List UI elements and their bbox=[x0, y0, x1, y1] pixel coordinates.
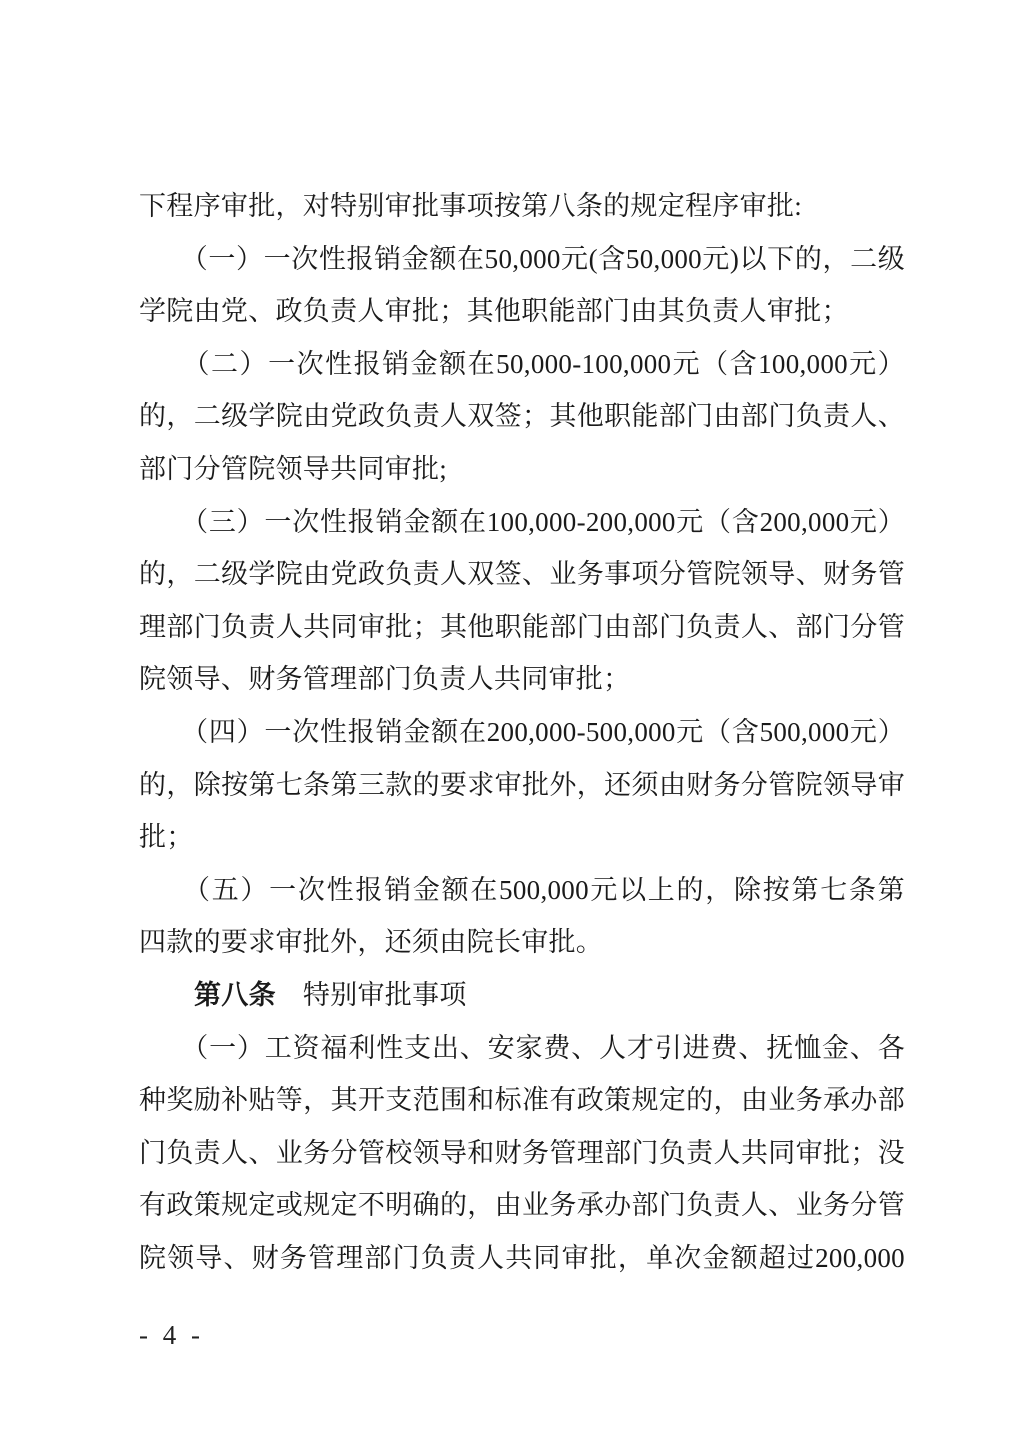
text-line: 理部门负责人共同审批；其他职能部门由部门负责人、部门分管 bbox=[139, 601, 905, 654]
text-line: 有政策规定或规定不明确的，由业务承办部门负责人、业务分管 bbox=[139, 1179, 905, 1232]
text-line: 下程序审批，对特别审批事项按第八条的规定程序审批: bbox=[139, 180, 905, 233]
text-line: 批； bbox=[139, 811, 905, 864]
text-line: （三）一次性报销金额在100,000-200,000元（含200,000元） bbox=[139, 496, 905, 549]
text-line: 部门分管院领导共同审批; bbox=[139, 443, 905, 496]
text-line: 的，二级学院由党政负责人双签、业务事项分管院领导、财务管 bbox=[139, 548, 905, 601]
text-line: （二）一次性报销金额在50,000-100,000元（含100,000元） bbox=[139, 338, 905, 391]
text-line: 的，二级学院由党政负责人双签；其他职能部门由部门负责人、 bbox=[139, 390, 905, 443]
text-line: 院领导、财务管理部门负责人共同审批，单次金额超过200,000 bbox=[139, 1232, 905, 1285]
article-number: 第八条 bbox=[194, 980, 276, 1010]
article-title: 特别审批事项 bbox=[303, 980, 467, 1010]
text-line: （一）工资福利性支出、安家费、人才引进费、抚恤金、各 bbox=[139, 1022, 905, 1075]
page-number: - 4 - bbox=[139, 1320, 204, 1351]
text-line: （四）一次性报销金额在200,000-500,000元（含500,000元） bbox=[139, 706, 905, 759]
document-body: 下程序审批，对特别审批事项按第八条的规定程序审批: （一）一次性报销金额在50,… bbox=[139, 180, 905, 1284]
text-line: 四款的要求审批外，还须由院长审批。 bbox=[139, 916, 905, 969]
text-line: 种奖励补贴等，其开支范围和标准有政策规定的，由业务承办部 bbox=[139, 1074, 905, 1127]
text-line: 学院由党、政负责人审批；其他职能部门由其负责人审批； bbox=[139, 285, 905, 338]
article-8-heading: 第八条特别审批事项 bbox=[139, 969, 905, 1022]
text-line: （五）一次性报销金额在500,000元以上的，除按第七条第 bbox=[139, 864, 905, 917]
text-line: 门负责人、业务分管校领导和财务管理部门负责人共同审批；没 bbox=[139, 1127, 905, 1180]
text-line: （一）一次性报销金额在50,000元(含50,000元)以下的，二级 bbox=[139, 233, 905, 286]
document-page: 下程序审批，对特别审批事项按第八条的规定程序审批: （一）一次性报销金额在50,… bbox=[0, 0, 1024, 1448]
text-line: 院领导、财务管理部门负责人共同审批； bbox=[139, 653, 905, 706]
text-line: 的，除按第七条第三款的要求审批外，还须由财务分管院领导审 bbox=[139, 759, 905, 812]
